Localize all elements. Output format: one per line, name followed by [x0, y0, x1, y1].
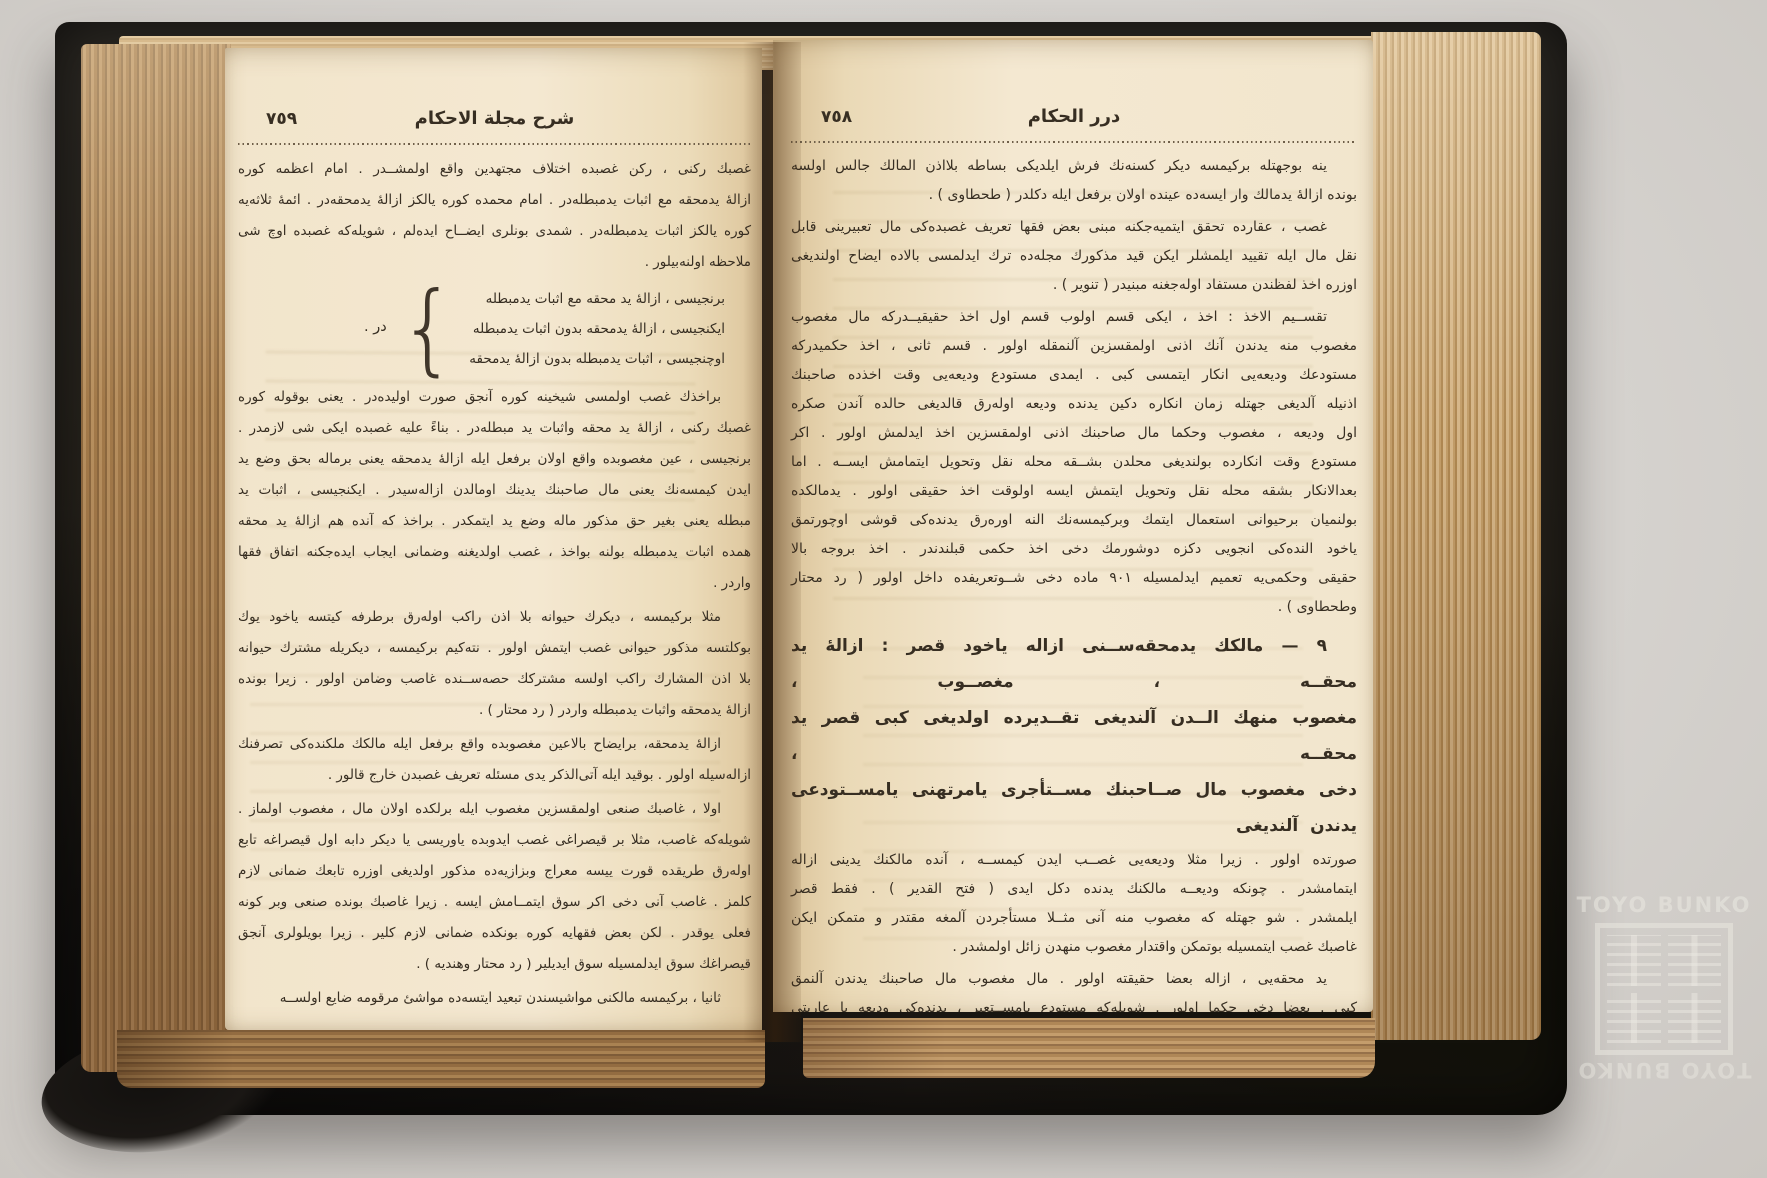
paragraph: اولا ، غاصبك صنعى اولمقسزين مغصوب ايله ب…	[238, 794, 751, 980]
page-edges-bottom-left	[117, 1030, 765, 1088]
right-page: ٧٥٨ درر الحكام ينه بوجهتله بركيمسه ديكر …	[773, 40, 1373, 1012]
paragraph: براخذك غصب اولمسى شيخينه كوره آنجق صورت …	[238, 382, 751, 599]
header-rule	[238, 142, 751, 145]
seal-glyph	[1607, 993, 1661, 1044]
seal-glyph	[1668, 993, 1722, 1044]
page-edges-left	[81, 44, 231, 1072]
paragraph: غصب ، عقارده تحقق ايتميه‌جكنه مبنى بعض ف…	[791, 213, 1357, 300]
paragraph: غصبك ركنى ، ركن غصبده اختلاف مجتهدين واق…	[238, 154, 751, 278]
left-page-header: ٧٥٩ شرح مجلة الاحكام	[238, 108, 751, 142]
paragraph: ازالهٔ يدمحقه، برايضاح بالاعين مغصوبده و…	[238, 729, 751, 791]
paragraph: ينه بوجهتله بركيمسه ديكر كسنه‌نك فرش ايل…	[791, 152, 1357, 210]
photo-background: { "colors": { "backdrop": "#d6d3cf", "pa…	[0, 0, 1767, 1178]
brace-list: برنجيسى ، ازالهٔ يد محقه مع اثبات يدمبطل…	[238, 284, 725, 374]
toyo-bunko-seal	[1595, 923, 1733, 1055]
paragraph: صورتده اولور . زيرا مثلا وديعه‌يى غصــب …	[791, 846, 1357, 962]
paragraph: ثانيا ، بركيمسه مالكنى مواشيسندن تبعيد ا…	[238, 983, 751, 1014]
left-page-title: شرح مجلة الاحكام	[238, 108, 751, 129]
seal-glyph	[1668, 935, 1722, 986]
page-edges-bottom-right	[803, 1018, 1375, 1078]
watermark-text-top: TOYO BUNKO	[1563, 893, 1765, 917]
page-edges-right	[1371, 32, 1541, 1040]
right-page-header: ٧٥٨ درر الحكام	[791, 106, 1357, 140]
book: ٧٥٩ شرح مجلة الاحكام غصبك ركنى ، ركن غصب…	[55, 22, 1567, 1115]
left-page: ٧٥٩ شرح مجلة الاحكام غصبك ركنى ، ركن غصب…	[225, 48, 762, 1030]
paragraph: يد محقه‌يى ، ازاله بعضا حقيقته اولور . م…	[791, 965, 1357, 1012]
header-rule	[791, 140, 1357, 143]
left-page-body: غصبك ركنى ، ركن غصبده اختلاف مجتهدين واق…	[238, 154, 751, 1014]
paragraph: تقســيم الاخذ : اخذ ، ايكى قسم اولوب قسم…	[791, 303, 1357, 622]
seal-glyph	[1607, 935, 1661, 986]
right-page-title: درر الحكام	[791, 106, 1357, 127]
paragraph: ٩ — مالكك يدمحقه‌ســنى ازاله ياخود قصر :…	[791, 628, 1357, 844]
right-page-body: ينه بوجهتله بركيمسه ديكر كسنه‌نك فرش ايل…	[791, 152, 1357, 1012]
watermark-text-bottom: TOYO BUNKO	[1563, 1058, 1765, 1082]
toyo-bunko-watermark: TOYO BUNKO TOYO BUNKO	[1563, 893, 1765, 1093]
paragraph: مثلا بركيمسه ، ديكرك حيوانه بلا اذن راكب…	[238, 602, 751, 726]
